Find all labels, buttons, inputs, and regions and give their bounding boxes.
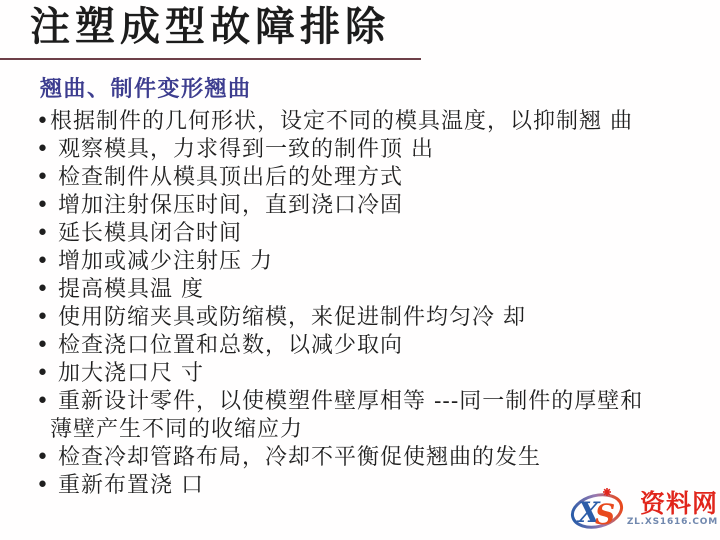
title-underline [0, 58, 421, 60]
bullet-glyph: • [36, 276, 50, 304]
bullet-text: 检查浇口位置和总数，以减少取向 [50, 332, 403, 360]
bullet-text: 使用防缩夹具或防缩模，来促进制件均匀冷 却 [50, 304, 526, 332]
bullet-text: 提高模具温 度 [50, 276, 204, 304]
watermark: X S 资料网 ZL.XS1616.COM [569, 484, 718, 534]
list-item: • 观察模具，力求得到一致的制件顶 出 [36, 136, 686, 164]
list-item: • 重新设计零件，以使模塑件壁厚相等 ---同一制件的厚壁和 薄壁产生不同的收缩… [36, 388, 686, 444]
bullet-glyph: • [36, 164, 50, 192]
list-item: • 提高模具温 度 [36, 276, 686, 304]
bullet-text: 增加注射保压时间，直到浇口冷固 [50, 192, 403, 220]
bullet-glyph: • [36, 332, 50, 360]
bullet-glyph: • [36, 220, 50, 248]
bullet-text: 检查冷却管路布局，冷却不平衡促使翘曲的发生 [50, 444, 541, 472]
bullet-glyph: • [36, 360, 50, 388]
bullet-text: 重新布置浇 口 [50, 472, 204, 500]
bullet-text: 观察模具，力求得到一致的制件顶 出 [50, 136, 434, 164]
page-title: 注塑成型故障排除 [30, 4, 390, 50]
list-item: • 检查制件从模具顶出后的处理方式 [36, 164, 686, 192]
bullet-glyph: • [36, 136, 50, 164]
logo-letter-s: S [595, 498, 615, 531]
bullet-text: 增加或减少注射压 力 [50, 248, 273, 276]
slide-subtitle: 翘曲、制件变形翘曲 [40, 72, 252, 103]
xs-logo-icon: X S [569, 484, 625, 534]
bullet-glyph: • [36, 472, 50, 500]
bullet-list: •根据制件的几何形状，设定不同的模具温度，以抑制翘 曲 • 观察模具，力求得到一… [36, 108, 686, 500]
slide: 注塑成型故障排除 翘曲、制件变形翘曲 •根据制件的几何形状，设定不同的模具温度，… [0, 0, 720, 540]
list-item: •根据制件的几何形状，设定不同的模具温度，以抑制翘 曲 [36, 108, 686, 136]
list-item: • 加大浇口尺 寸 [36, 360, 686, 388]
bullet-text: 延长模具闭合时间 [50, 220, 242, 248]
list-item: • 检查冷却管路布局，冷却不平衡促使翘曲的发生 [36, 444, 686, 472]
bullet-glyph: • [36, 388, 50, 416]
list-item: • 使用防缩夹具或防缩模，来促进制件均匀冷 却 [36, 304, 686, 332]
watermark-site-name: 资料网 [640, 491, 718, 517]
bullet-glyph: • [36, 108, 50, 136]
bullet-text: 重新设计零件，以使模塑件壁厚相等 ---同一制件的厚壁和 薄壁产生不同的收缩应力 [50, 388, 643, 444]
bullet-text: 加大浇口尺 寸 [50, 360, 204, 388]
bullet-text: 检查制件从模具顶出后的处理方式 [50, 164, 403, 192]
list-item: • 增加或减少注射压 力 [36, 248, 686, 276]
bullet-glyph: • [36, 444, 50, 472]
star-icon [603, 488, 611, 496]
bullet-glyph: • [36, 248, 50, 276]
list-item: • 增加注射保压时间，直到浇口冷固 [36, 192, 686, 220]
list-item: • 检查浇口位置和总数，以减少取向 [36, 332, 686, 360]
bullet-glyph: • [36, 192, 50, 220]
watermark-text: 资料网 ZL.XS1616.COM [627, 491, 718, 527]
bullet-glyph: • [36, 304, 50, 332]
bullet-text: 根据制件的几何形状，设定不同的模具温度，以抑制翘 曲 [50, 108, 633, 136]
watermark-site-url: ZL.XS1616.COM [627, 517, 718, 527]
list-item: • 延长模具闭合时间 [36, 220, 686, 248]
